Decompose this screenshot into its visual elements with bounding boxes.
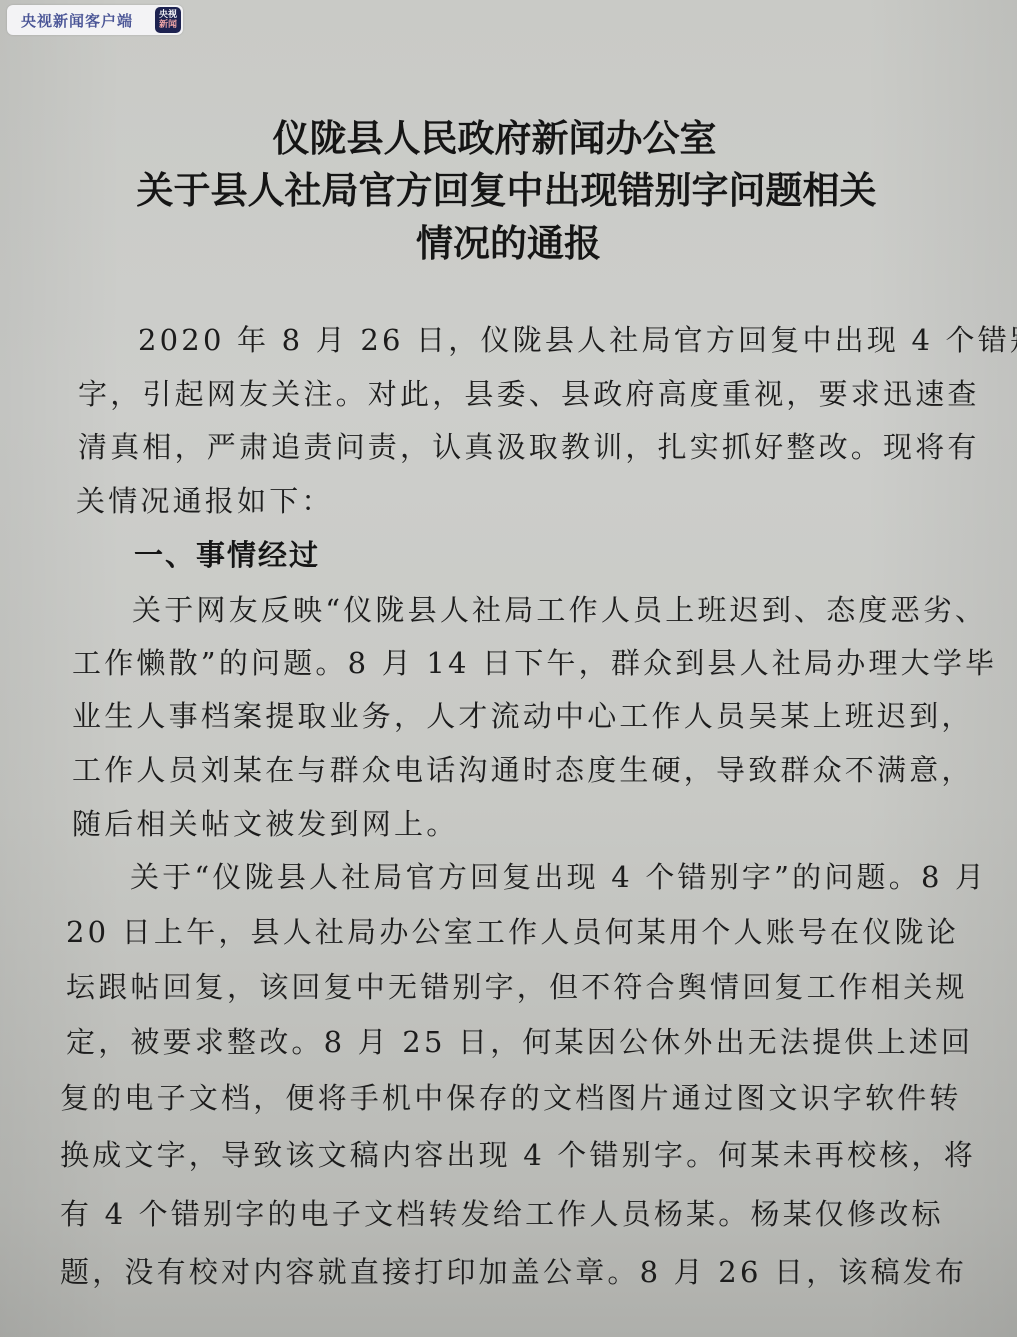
paragraph-3-line-3: 坛跟帖回复，该回复中无错别字，但不符合舆情回复工作相关规 <box>66 965 968 1006</box>
paragraph-2-line-3: 业生人事档案提取业务，人才流动中心工作人员吴某上班迟到， <box>72 694 974 735</box>
paragraph-3-line-6: 换成文字，导致该文稿内容出现 4 个错别字。何某未再校核，将 <box>60 1133 976 1174</box>
paragraph-3-line-2: 20 日上午，县人社局办公室工作人员何某用个人账号在仪陇论 <box>66 910 959 951</box>
paragraph-1-line-2: 字，引起网友关注。对此，县委、县政府高度重视，要求迅速查 <box>78 372 980 413</box>
section-heading-1: 一、事情经过 <box>134 533 320 574</box>
document-title-line-1: 仪陇县人民政府新闻办公室 <box>0 108 1003 162</box>
paragraph-1-line-3: 清真相，严肃追责问责，认真汲取教训，扎实抓好整改。现将有 <box>78 425 980 466</box>
paragraph-3-line-4: 定，被要求整改。8 月 25 日，何某因公休外出无法提供上述回 <box>66 1020 973 1061</box>
document-title-line-3: 情况的通报 <box>0 213 1017 267</box>
paragraph-2-line-5: 随后相关帖文被发到网上。 <box>72 802 458 843</box>
paragraph-1-line-1: 2020 年 8 月 26 日，仪陇县人社局官方回复中出现 4 个错别 <box>138 318 1017 359</box>
news-app-watermark: 央视新闻客户端 央视 新闻 <box>7 5 183 35</box>
paragraph-3-line-7: 有 4 个错别字的电子文档转发给工作人员杨某。杨某仅修改标 <box>60 1192 944 1233</box>
paragraph-2-line-4: 工作人员刘某在与群众电话沟通时态度生硬，导致群众不满意， <box>72 748 974 789</box>
document-title-line-2: 关于县人社局官方回复中出现错别字问题相关 <box>0 160 1015 214</box>
paragraph-3-line-1: 关于“仪陇县人社局官方回复出现 4 个错别字”的问题。8 月 <box>130 855 987 896</box>
paragraph-3-line-5: 复的电子文档，便将手机中保存的文档图片通过图文识字软件转 <box>60 1076 962 1117</box>
logo-line-1: 央视 <box>159 10 177 20</box>
cctv-news-logo-icon: 央视 新闻 <box>155 7 181 33</box>
logo-line-2: 新闻 <box>159 20 177 30</box>
paragraph-2-line-1: 关于网友反映“仪陇县人社局工作人员上班迟到、态度恶劣、 <box>132 588 987 629</box>
paragraph-1-line-4: 关情况通报如下： <box>76 479 334 520</box>
paragraph-3-line-8: 题，没有校对内容就直接打印加盖公章。8 月 26 日，该稿发布 <box>60 1250 967 1291</box>
watermark-label: 央视新闻客户端 <box>21 10 155 31</box>
paragraph-2-line-2: 工作懒散”的问题。8 月 14 日下午，群众到县人社局办理大学毕 <box>72 641 997 682</box>
